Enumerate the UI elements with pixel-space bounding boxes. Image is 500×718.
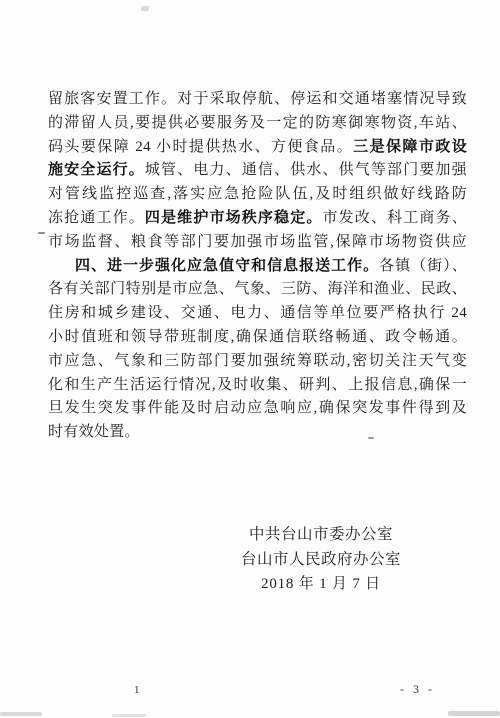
- page-number: - 3 -: [400, 682, 435, 697]
- text-segment: 市发改、科工商务、: [323, 210, 467, 226]
- text-segment: 小时值班和领导带班制度,确保通信联络畅通、政令畅通。: [48, 329, 467, 345]
- body-text-line: 化和生产生活运行情况,及时收集、研判、上报信息,确保一: [48, 374, 467, 398]
- text-segment: 对管线监控巡查,落实应急抢险队伍,及时组织做好线路防: [48, 186, 467, 202]
- body-text-line: 住房和城乡建设、交通、电力、通信等单位要严格执行 24: [48, 302, 467, 326]
- text-segment: 旦发生突发事件能及时启动应急响应,确保突发事件得到及: [48, 400, 467, 416]
- margin-tick-mark: 1: [134, 684, 140, 696]
- scan-smudge: [112, 714, 146, 717]
- text-segment: 市应急、气象和三防部门要加强统筹联动,密切关注天气变: [48, 353, 467, 369]
- document-body: 留旅客安置工作。对于采取停航、停运和交通堵塞情况导致的滞留人员,要提供必要服务及…: [48, 88, 467, 445]
- scan-speck: [141, 6, 149, 11]
- text-segment: 三是保障市政设: [353, 139, 467, 155]
- text-segment: 码头要保障 24 小时提供热水、方便食品。: [48, 139, 353, 155]
- text-segment: 的滞留人员,要提供必要服务及一定的防寒御寒物资,车站、: [48, 115, 467, 131]
- text-segment: 四是维护市场秩序稳定。: [145, 210, 323, 226]
- text-segment: 市场监督、粮食等部门要加强市场监管,保障市场物资供应: [48, 234, 467, 250]
- text-segment: 四、进一步强化应急值守和信息报送工作。: [75, 258, 379, 274]
- body-text-line: 小时值班和领导带班制度,确保通信联络畅通、政令畅通。: [48, 326, 467, 350]
- text-segment: 各镇（街）、: [379, 258, 467, 274]
- text-segment: 留旅客安置工作。对于采取停航、停运和交通堵塞情况导致: [48, 91, 467, 107]
- text-segment: 冻抢通工作。: [48, 210, 145, 226]
- body-text-line: 的滞留人员,要提供必要服务及一定的防寒御寒物资,车站、: [48, 112, 467, 136]
- body-text-line: 冻抢通工作。四是维护市场秩序稳定。市发改、科工商务、: [48, 207, 467, 231]
- text-segment: 城管、电力、通信、供水、供气等部门要加强: [145, 162, 467, 178]
- scanned-document-page: 留旅客安置工作。对于采取停航、停运和交通堵塞情况导致的滞留人员,要提供必要服务及…: [0, 0, 500, 718]
- body-text-line: 旦发生突发事件能及时启动应急响应,确保突发事件得到及: [48, 397, 467, 421]
- text-segment: 住房和城乡建设、交通、电力、通信等单位要严格执行 24: [48, 305, 467, 321]
- body-text-line: 留旅客安置工作。对于采取停航、停运和交通堵塞情况导致: [48, 88, 467, 112]
- body-text-line: 市场监督、粮食等部门要加强市场监管,保障市场物资供应: [48, 231, 467, 255]
- signature-org-party-office: 中共台山市委办公室: [238, 523, 404, 548]
- text-segment: 时有效处置。: [48, 424, 140, 440]
- signature-org-government-office: 台山市人民政府办公室: [238, 548, 404, 573]
- body-text-line: 市应急、气象和三防部门要加强统筹联动,密切关注天气变: [48, 350, 467, 374]
- body-text-line: 施安全运行。城管、电力、通信、供水、供气等部门要加强: [48, 159, 467, 183]
- scan-smudge: [448, 711, 500, 716]
- signature-block: 中共台山市委办公室 台山市人民政府办公室 2018 年 1 月 7 日: [238, 523, 404, 597]
- text-segment: 施安全运行。: [48, 162, 145, 178]
- body-text-line: 各有关部门特别是市应急、气象、三防、海洋和渔业、民政、: [48, 278, 467, 302]
- scan-smudge: [0, 712, 42, 716]
- text-segment: 各有关部门特别是市应急、气象、三防、海洋和渔业、民政、: [48, 281, 467, 297]
- body-text-line: 对管线监控巡查,落实应急抢险队伍,及时组织做好线路防: [48, 183, 467, 207]
- body-text-line: 时有效处置。: [48, 421, 467, 445]
- scan-dash: [38, 232, 45, 234]
- body-text-line: 码头要保障 24 小时提供热水、方便食品。三是保障市政设: [48, 136, 467, 160]
- signature-date: 2018 年 1 月 7 日: [238, 572, 404, 597]
- text-segment: 化和生产生活运行情况,及时收集、研判、上报信息,确保一: [48, 377, 467, 393]
- body-text-line: 四、进一步强化应急值守和信息报送工作。各镇（街）、: [48, 255, 467, 279]
